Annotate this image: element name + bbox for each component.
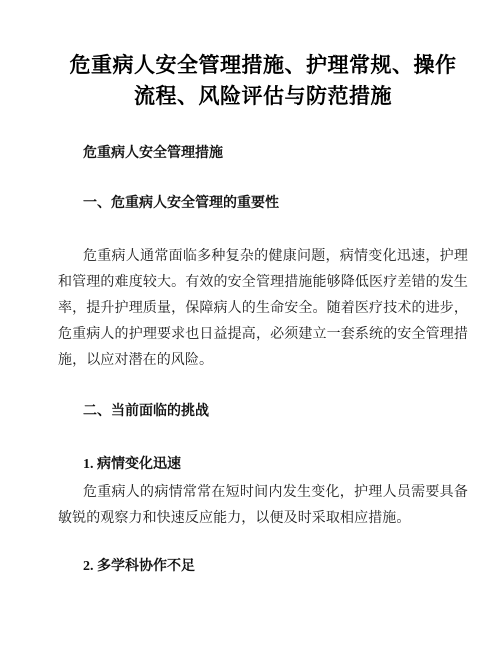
paragraph: 危重病人的病情常常在短时间内发生变化，护理人员需要具备敏锐的观察力和快速反应能力…: [58, 480, 468, 532]
paragraph: 危重病人通常面临多种复杂的健康问题，病情变化迅速，护理和管理的难度较大。有效的安…: [58, 244, 468, 374]
subsection-heading-rapid-change: 1. 病情变化迅速: [83, 455, 468, 475]
document-title: 危重病人安全管理措施、护理常规、操作流程、风险评估与防范措施: [67, 50, 459, 112]
document-subtitle: 危重病人安全管理措施: [83, 144, 468, 164]
section-heading-challenges: 二、当前面临的挑战: [83, 402, 468, 422]
document-content: 危重病人安全管理措施、护理常规、操作流程、风险评估与防范措施 危重病人安全管理措…: [58, 50, 468, 577]
document-page: 危重病人安全管理措施、护理常规、操作流程、风险评估与防范措施 危重病人安全管理措…: [0, 0, 500, 647]
section-heading-importance: 一、危重病人安全管理的重要性: [83, 194, 468, 214]
subsection-heading-collaboration: 2. 多学科协作不足: [83, 557, 468, 577]
